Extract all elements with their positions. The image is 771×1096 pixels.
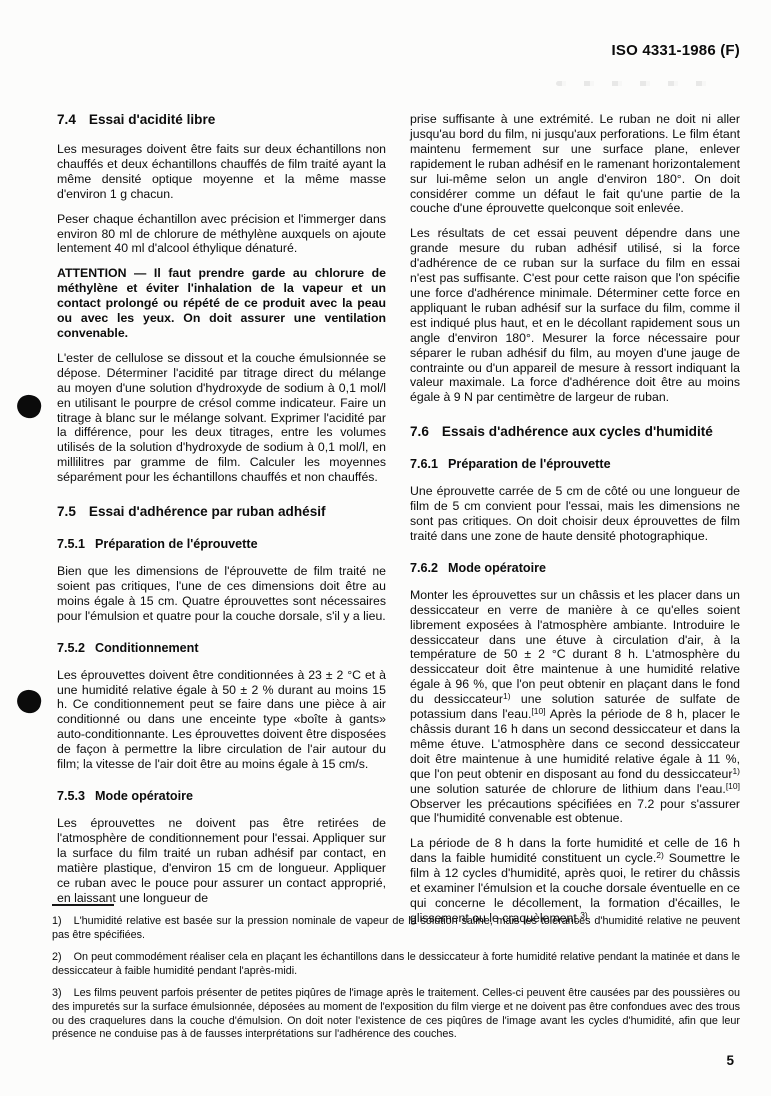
binding-hole-top (15, 393, 43, 420)
section-7-5-3-number: 7.5.3 (57, 789, 85, 803)
scan-artifact (556, 81, 716, 86)
section-7-4-heading: 7.4Essai d'acidité libre (57, 112, 386, 128)
footnote-2: 2)On peut commodément réaliser cela en p… (52, 951, 740, 978)
footnote-3: 3)Les films peuvent parfois présenter de… (52, 987, 740, 1041)
footnote-2-text: On peut commodément réaliser cela en pla… (52, 951, 740, 977)
section-7-6-1-heading: 7.6.1Préparation de l'éprouvette (410, 457, 740, 472)
footnote-2-marker: 2) (52, 951, 62, 963)
footnotes-block: 1)L'humidité relative est basée sur la p… (52, 904, 740, 1051)
footnote-1: 1)L'humidité relative est basée sur la p… (52, 915, 740, 942)
paragraph-7-6-1: Une éprouvette carrée de 5 cm de côté ou… (410, 484, 740, 544)
footnote-1-marker: 1) (52, 915, 62, 927)
section-7-6-2-heading: 7.6.2Mode opératoire (410, 561, 740, 576)
section-7-6-title: Essais d'adhérence aux cycles d'humidité (442, 424, 713, 439)
paragraph-7-5-3-continued: prise suffisante à une extrémité. Le rub… (410, 112, 740, 216)
section-7-6-2-title: Mode opératoire (448, 561, 546, 575)
paragraph-7-4-2: Peser chaque échantillon avec précision … (57, 212, 386, 257)
section-7-5-2-number: 7.5.2 (57, 641, 85, 655)
paragraph-7-5-3: Les éprouvettes ne doivent pas être reti… (57, 816, 386, 905)
attention-warning: ATTENTION — Il faut prendre garde au chl… (57, 266, 386, 341)
section-7-6-number: 7.6 (410, 424, 429, 439)
paragraph-7-5-3-results: Les résultats de cet essai peuvent dépen… (410, 226, 740, 405)
right-column: prise suffisante à une extrémité. Le rub… (410, 108, 740, 936)
section-7-5-heading: 7.5Essai d'adhérence par ruban adhésif (57, 504, 386, 520)
section-7-5-number: 7.5 (57, 504, 76, 519)
section-7-5-2-heading: 7.5.2Conditionnement (57, 641, 386, 656)
section-7-6-heading: 7.6Essais d'adhérence aux cycles d'humid… (410, 424, 740, 440)
section-7-4-number: 7.4 (57, 112, 76, 127)
left-column: 7.4Essai d'acidité libre Les mesurages d… (57, 108, 386, 915)
footnote-1-text: L'humidité relative est basée sur la pre… (52, 915, 740, 941)
section-7-5-1-number: 7.5.1 (57, 537, 85, 551)
paragraph-7-6-2-1: Monter les éprouvettes sur un châssis et… (410, 588, 740, 827)
footnote-3-text: Les films peuvent parfois présenter de p… (52, 987, 740, 1040)
document-page: ISO 4331-1986 (F) 7.4Essai d'acidité lib… (0, 0, 771, 1096)
section-7-4-title: Essai d'acidité libre (89, 112, 215, 127)
paragraph-7-4-3: L'ester de cellulose se dissout et la co… (57, 351, 386, 485)
document-reference: ISO 4331-1986 (F) (612, 42, 740, 59)
section-7-5-title: Essai d'adhérence par ruban adhésif (89, 504, 326, 519)
paragraph-7-5-2: Les éprouvettes doivent être conditionné… (57, 668, 386, 772)
section-7-6-2-number: 7.6.2 (410, 561, 438, 575)
section-7-5-1-heading: 7.5.1Préparation de l'éprouvette (57, 537, 386, 552)
section-7-5-2-title: Conditionnement (95, 641, 199, 655)
paragraph-7-5-1: Bien que les dimensions de l'éprouvette … (57, 564, 386, 624)
section-7-5-3-heading: 7.5.3Mode opératoire (57, 789, 386, 804)
paragraph-7-4-1: Les mesurages doivent être faits sur deu… (57, 142, 386, 202)
page-number: 5 (726, 1053, 734, 1068)
section-7-5-1-title: Préparation de l'éprouvette (95, 537, 258, 551)
section-7-6-1-number: 7.6.1 (410, 457, 438, 471)
footnote-separator (52, 904, 114, 906)
footnote-3-marker: 3) (52, 987, 62, 999)
section-7-6-1-title: Préparation de l'éprouvette (448, 457, 611, 471)
section-7-5-3-title: Mode opératoire (95, 789, 193, 803)
binding-hole-bottom (15, 688, 43, 715)
